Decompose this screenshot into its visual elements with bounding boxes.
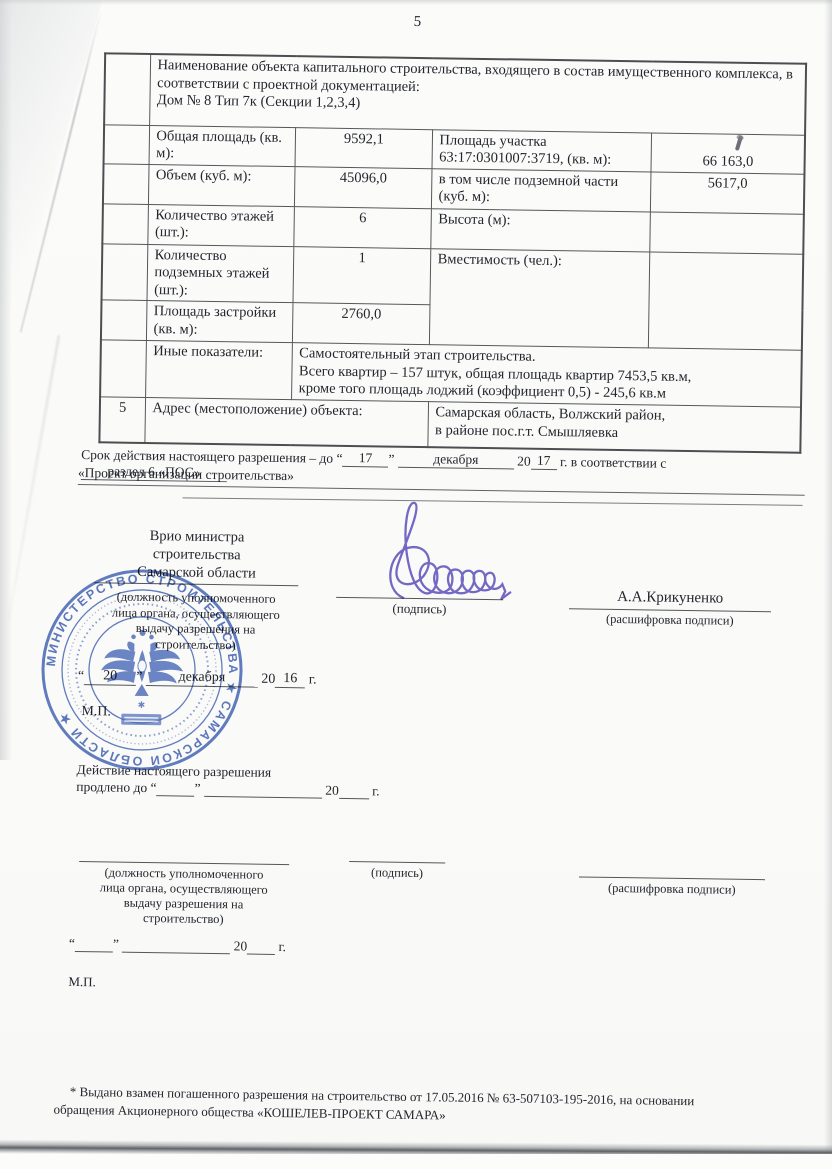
- footprint-value: 2760,0: [292, 303, 430, 345]
- year-prefix: 20: [234, 938, 248, 953]
- row-number-cell: [103, 163, 149, 204]
- month-blank: [122, 952, 230, 955]
- double-headed-eagle-emblem: ✱: [100, 629, 183, 725]
- volume-value: 45096,0: [294, 166, 432, 208]
- row-number-cell: [100, 340, 146, 398]
- ministry-round-stamp: МИНИСТЕРСТВО СТРОИТЕЛЬСТВА ★ САМАРСКОЙ О…: [36, 564, 247, 775]
- underground-floors-value: 1: [292, 246, 430, 305]
- total-area-value: 9592,1: [295, 127, 433, 168]
- signatory-name: А.А.Крикуненко: [569, 588, 771, 612]
- total-area-label: Общая площадь (кв. м):: [149, 125, 296, 166]
- table-row: Иные показатели: Самостоятельный этап ст…: [100, 340, 802, 407]
- blank-date-line: “” 20 г.: [69, 936, 369, 956]
- address-value: Самарская область, Волжский район, в рай…: [427, 402, 801, 453]
- extension-day-blank: [156, 795, 194, 797]
- row-number-cell: 5: [99, 397, 145, 443]
- seal-placeholder-label-2: М.П.: [68, 974, 96, 990]
- extension-suffix: г.: [372, 783, 380, 798]
- validity-year: 17: [531, 453, 557, 470]
- other-indicators-label: Иные показатели:: [145, 340, 292, 399]
- floors-label: Количество этажей (шт.):: [147, 204, 294, 246]
- height-value: [649, 211, 804, 253]
- page-number: 5: [414, 14, 422, 31]
- object-name-house: Дом № 8 Тип 7к (Секции 1,2,3,4): [157, 92, 361, 111]
- day-blank: [75, 951, 113, 953]
- plot-area-label: Площадь участка 63:17:0301007:3719, (кв.…: [432, 129, 652, 171]
- quote: “: [150, 780, 156, 795]
- row-number-cell: [104, 53, 150, 125]
- capacity-label: Вместимость (чел.):: [429, 248, 649, 348]
- row-number-cell: [104, 124, 150, 164]
- table-row: 5 Адрес (местоположение) объекта: Самарс…: [99, 397, 801, 452]
- underground-volume-value: 5617,0: [650, 171, 805, 213]
- row-number-cell: [102, 243, 148, 300]
- extension-prefix: продлено до: [76, 779, 147, 795]
- table-row: Количество подземных этажей (шт.): 1 Вме…: [102, 243, 804, 310]
- object-parameters-table: Наименование объекта капитального строит…: [98, 52, 807, 453]
- signature-caption-2: (подпись): [339, 865, 455, 882]
- underground-volume-label: в том числе подземной части (куб. м):: [431, 168, 651, 211]
- document-content: 5 Наименование объекта капитального стро…: [0, 0, 832, 1169]
- issue-year-prefix: 20: [261, 672, 275, 687]
- plot-area-value: 66 163,0: [650, 132, 805, 173]
- issue-year: 16: [275, 671, 305, 688]
- row-number-cell: [102, 203, 148, 244]
- footprint-label: Площадь застройки (кв. м):: [146, 300, 293, 342]
- handwritten-signature-scribble: [363, 497, 515, 611]
- extension-year-prefix: 20: [325, 783, 339, 798]
- height-label: Высота (м):: [430, 208, 650, 251]
- validity-month: декабря: [398, 451, 514, 470]
- quote: ”: [388, 452, 394, 467]
- quote: ”: [194, 781, 200, 796]
- table-row: Наименование объекта капитального строит…: [104, 53, 806, 134]
- signature-blank-line: [349, 861, 445, 863]
- name-blank-line: [579, 876, 765, 880]
- object-name-cell: Наименование объекта капитального строит…: [149, 54, 806, 135]
- validity-middle: г. в соответствии с: [560, 454, 666, 471]
- row-number-cell: [101, 300, 147, 341]
- extension-year-blank: [339, 798, 369, 799]
- name-caption: (расшифровка подписи): [569, 611, 771, 629]
- capacity-value: [648, 251, 803, 350]
- extension-month-blank: [204, 796, 322, 799]
- address-label: Адрес (местоположение) объекта:: [144, 397, 428, 446]
- object-name-text: Наименование объекта капитального строит…: [157, 57, 793, 94]
- extension-clause: Действие настоящего разрешения продлено …: [76, 761, 476, 801]
- year-blank: [247, 954, 275, 955]
- floors-value: 6: [293, 206, 431, 248]
- issue-date-suffix: г.: [309, 672, 317, 687]
- quote: ”: [113, 937, 119, 952]
- validity-year-prefix: 20: [517, 453, 531, 468]
- svg-text:✱: ✱: [138, 700, 146, 710]
- scanned-construction-permit-page: { "page_number": "5", "table": { "header…: [0, 0, 832, 1169]
- validity-day: 17: [342, 450, 388, 468]
- other-indicators-value: Самостоятельный этап строительства. Всег…: [291, 343, 802, 408]
- date-suffix: г.: [278, 939, 286, 954]
- name-caption-2: (расшифровка подписи): [569, 880, 775, 898]
- volume-label: Объем (куб. м):: [148, 164, 295, 206]
- position-caption-2: (должность уполномоченного лица органа, …: [73, 865, 294, 928]
- replacement-footnote: * Выдано взамен погашенного разрешения н…: [53, 1083, 811, 1129]
- quote: “: [69, 936, 75, 951]
- underground-floors-label: Количество подземных этажей (шт.):: [147, 244, 294, 303]
